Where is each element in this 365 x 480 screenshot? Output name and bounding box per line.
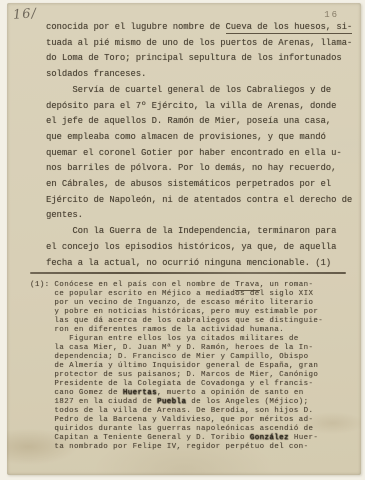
text-line: (1): Conócese en el país con el nombre d… <box>30 281 352 290</box>
text-line: Servía de cuartel general de los Cabrali… <box>46 83 358 99</box>
text-line: el concejo los episodios históricos, ya … <box>46 240 358 256</box>
text-line: Ejército de Napoleón, ni de atentados co… <box>46 193 358 209</box>
text-line: por un vecino de Inguanzo, de escaso mér… <box>30 299 352 308</box>
text-line: las que dá acerca de los cabraliegos que… <box>30 317 352 326</box>
text-line: ron en diferentes ramos de la actividad … <box>30 326 352 335</box>
text-line: ta nombrado por Felipe IV, regidor perpé… <box>30 443 352 452</box>
text-line: depósito para el 7º Ejército, la villa d… <box>46 99 358 115</box>
text-line: do Loma de Toro; principal sepultura de … <box>46 51 358 67</box>
text-line: cano Gomez de Huertas, muerto a opinión … <box>30 389 352 398</box>
text-line: dependencia; D. Francisco de Mier y Camp… <box>30 353 352 362</box>
typed-page-number: 16 <box>324 10 339 20</box>
text-line: soldados franceses. <box>46 67 358 83</box>
text-line: en Cábrales, de abusos sistemáticos perp… <box>46 177 358 193</box>
text-line: quiridos durante las guerras napoleónica… <box>30 425 352 434</box>
text-line: fecha a la actual, no ocurrió ninguna me… <box>46 256 358 272</box>
text-line: Capitan a Teniente General y D. Toribio … <box>30 434 352 443</box>
text-line: conocida por el lugubre nombre de Cueva … <box>46 20 358 36</box>
text-line: tuada al pié mismo de uno de los puertos… <box>46 36 358 52</box>
footnote-separator-line <box>30 272 346 274</box>
text-line: Pedro de la Barcena y Valdivieso, que po… <box>30 416 352 425</box>
text-line: el jefe de aquellos D. Ramón de Mier, po… <box>46 114 358 130</box>
text-line: de Almería y último Inquisidor general d… <box>30 362 352 371</box>
text-line: todos de la villa de Arenas. De Berodia,… <box>30 407 352 416</box>
text-line: protector de sus paisanos; D. Marcos de … <box>30 371 352 380</box>
body-text: conocida por el lugubre nombre de Cueva … <box>46 20 358 271</box>
text-line: 1827 en la ciudad de Puebla de los Angel… <box>30 398 352 407</box>
text-line: nos barriles de pólvora. Por lo demás, n… <box>46 161 358 177</box>
text-line: gentes. <box>46 208 358 224</box>
text-line: quemar el coronel Gotier por haber encon… <box>46 146 358 162</box>
text-line: Figuran entre ellos los ya citados milit… <box>30 335 352 344</box>
text-line: que empleaba como almacen de provisiones… <box>46 130 358 146</box>
text-line: Presidente de la Colegiata de Covadonga … <box>30 380 352 389</box>
text-line: la casa Mier, D. Juan Mª y D. Ramón, her… <box>30 344 352 353</box>
text-line: y pobre en noticias históricas, pero muy… <box>30 308 352 317</box>
text-line: ce popular escrito en Méjico a mediados … <box>30 290 352 299</box>
footnote-text: (1): Conócese en el país con el nombre d… <box>30 281 352 452</box>
text-line: Con la Guerra de la Independencia, termi… <box>46 224 358 240</box>
handwritten-folio-number: 16/ <box>13 6 38 23</box>
